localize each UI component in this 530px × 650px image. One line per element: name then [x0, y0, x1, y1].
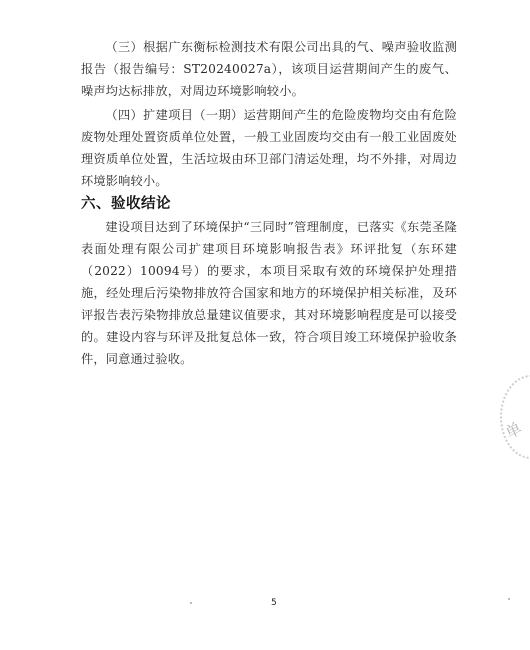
- scan-speck: [190, 602, 192, 604]
- page-content: （三）根据广东衡标检测技术有限公司出具的气、噪声验收监测报告（报告编号：ST20…: [81, 36, 457, 370]
- document-page: （三）根据广东衡标检测技术有限公司出具的气、噪声验收监测报告（报告编号：ST20…: [0, 0, 530, 650]
- section-heading-acceptance-conclusion: 六、验收结论: [81, 192, 457, 216]
- paragraph-monitoring-report: （三）根据广东衡标检测技术有限公司出具的气、噪声验收监测报告（报告编号：ST20…: [81, 36, 457, 102]
- paragraph-waste-disposal: （四）扩建项目（一期）运营期间产生的危险废物均交由有危险废物处理处置资质单位处置…: [81, 104, 457, 192]
- paragraph-conclusion: 建设项目达到了环境保护“三同时”管理制度，已落实《东莞圣隆表面处理有限公司扩建项…: [81, 216, 457, 370]
- scan-speck: [508, 598, 510, 600]
- page-number: 5: [271, 598, 277, 608]
